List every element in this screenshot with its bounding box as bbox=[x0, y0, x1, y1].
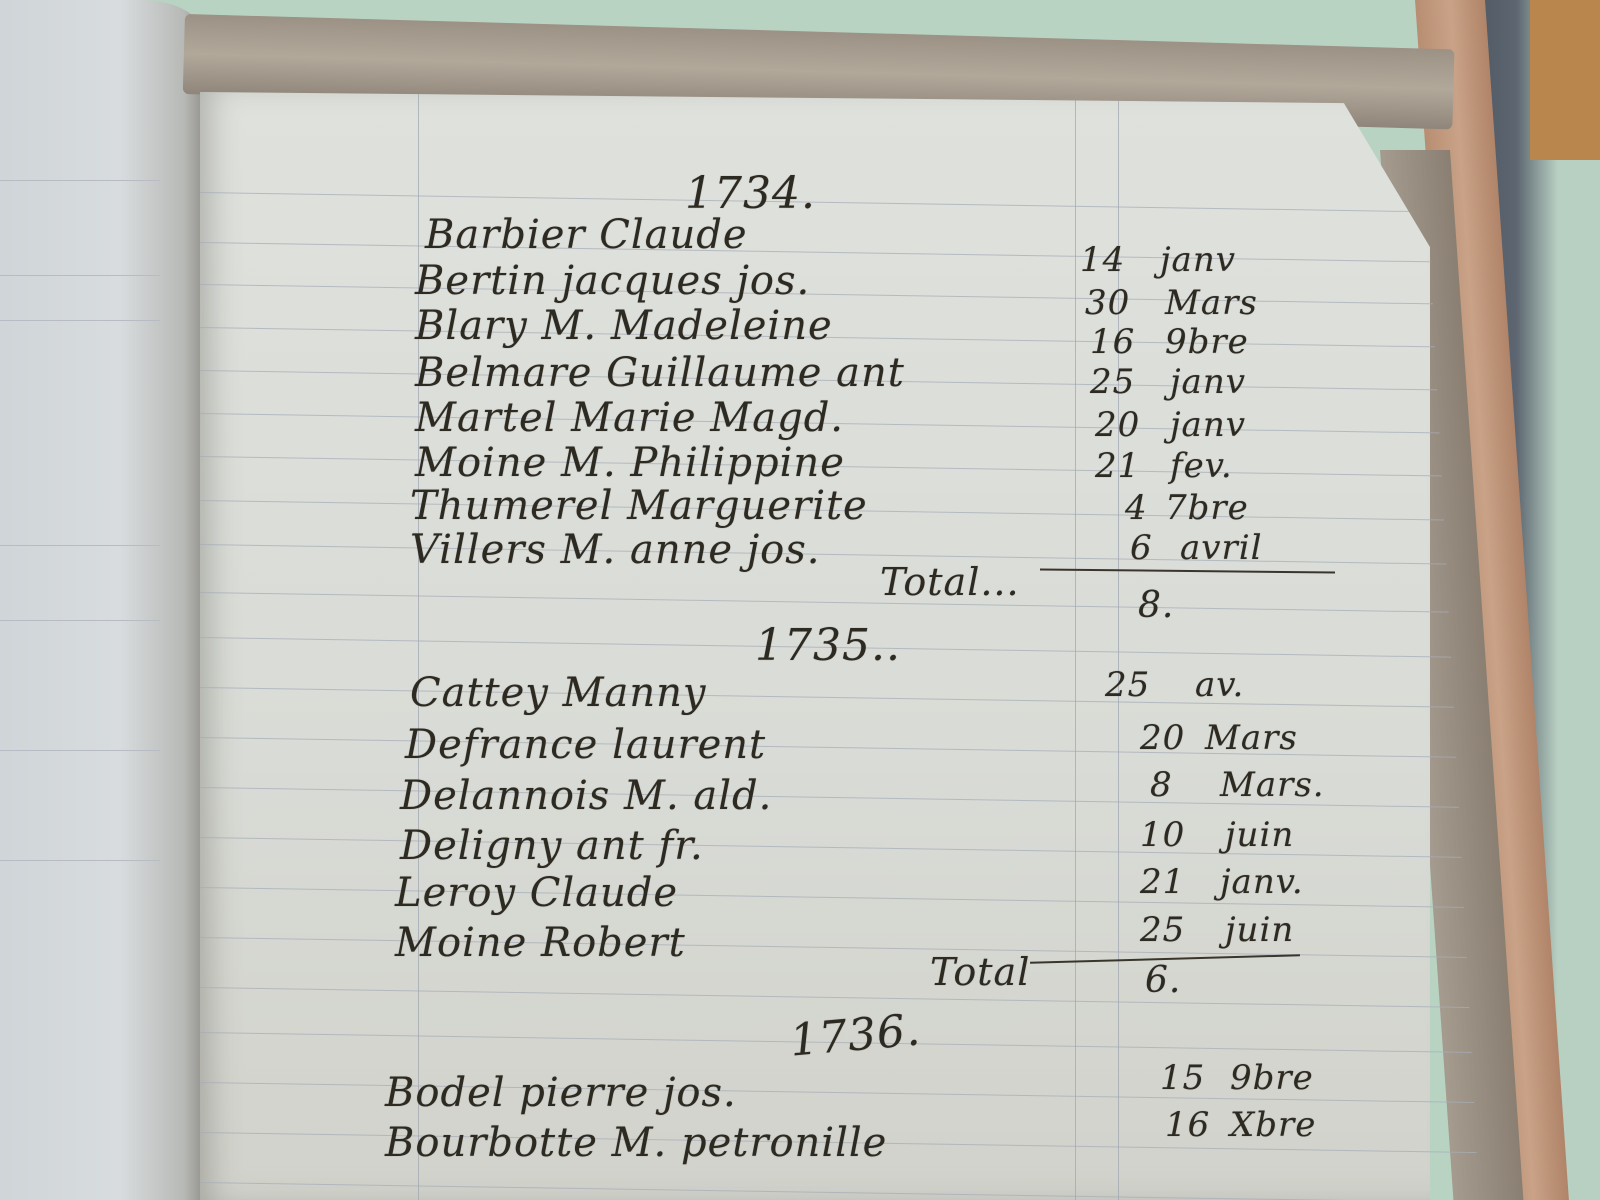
entry-month: 7bre bbox=[1165, 488, 1249, 528]
entry-name: Martel Marie Magd. bbox=[415, 395, 844, 441]
entry-day: 8 bbox=[1150, 765, 1173, 805]
entry-name: Villers M. anne jos. bbox=[410, 527, 820, 573]
entry-month: janv. bbox=[1220, 862, 1304, 902]
entry-name: Barbier Claude bbox=[425, 212, 748, 258]
entry-month: janv bbox=[1170, 405, 1246, 445]
section-year-1735: 1735.. bbox=[755, 620, 901, 671]
entry-month: 9bre bbox=[1165, 322, 1249, 362]
entry-month: juin bbox=[1225, 815, 1294, 855]
entry-month: Xbre bbox=[1230, 1105, 1316, 1145]
entry-name: Cattey Manny bbox=[410, 670, 707, 716]
total-value: 8. bbox=[1138, 585, 1174, 626]
entry-month: Mars. bbox=[1220, 765, 1325, 805]
entry-name: Belmare Guillaume ant bbox=[415, 350, 905, 396]
entry-month: 9bre bbox=[1230, 1058, 1314, 1098]
entry-month: juin bbox=[1225, 910, 1294, 950]
entry-name: Defrance laurent bbox=[405, 722, 766, 768]
entry-name: Delannois M. ald. bbox=[400, 773, 772, 819]
entry-day: 6 bbox=[1130, 528, 1153, 568]
background-wood-block bbox=[1530, 0, 1600, 160]
entry-day: 20 bbox=[1140, 718, 1185, 758]
entry-day: 20 bbox=[1095, 405, 1140, 445]
entry-day: 30 bbox=[1085, 283, 1130, 323]
entry-month: janv bbox=[1170, 362, 1246, 402]
entry-month: Mars bbox=[1205, 718, 1298, 758]
entry-day: 15 bbox=[1160, 1058, 1205, 1098]
total-value: 6. bbox=[1145, 960, 1181, 1001]
entry-name: Thumerel Marguerite bbox=[410, 483, 868, 529]
entry-name: Moine M. Philippine bbox=[415, 440, 845, 486]
entry-name: Bourbotte M. petronille bbox=[385, 1120, 887, 1166]
entry-day: 25 bbox=[1090, 362, 1135, 402]
entry-month: Mars bbox=[1165, 283, 1258, 323]
entry-day: 14 bbox=[1080, 240, 1125, 280]
entry-day: 16 bbox=[1165, 1105, 1210, 1145]
entry-day: 16 bbox=[1090, 322, 1135, 362]
entry-name: Deligny ant fr. bbox=[400, 823, 704, 869]
entry-day: 4 bbox=[1125, 488, 1148, 528]
entry-month: fev. bbox=[1170, 446, 1233, 486]
entry-name: Moine Robert bbox=[395, 920, 686, 966]
entry-name: Bodel pierre jos. bbox=[385, 1070, 737, 1116]
entry-day: 21 bbox=[1140, 862, 1185, 902]
total-label: Total... bbox=[880, 560, 1020, 604]
entry-month: av. bbox=[1195, 665, 1244, 705]
entry-name: Leroy Claude bbox=[395, 870, 678, 916]
entry-day: 21 bbox=[1095, 446, 1140, 486]
entry-day: 25 bbox=[1140, 910, 1185, 950]
entry-name: Bertin jacques jos. bbox=[415, 258, 810, 304]
entry-day: 25 bbox=[1105, 665, 1150, 705]
total-label: Total bbox=[930, 950, 1030, 994]
entry-day: 10 bbox=[1140, 815, 1185, 855]
left-page bbox=[0, 0, 200, 1200]
entry-name: Blary M. Madeleine bbox=[415, 303, 833, 349]
entry-month: avril bbox=[1180, 528, 1262, 568]
entry-month: janv bbox=[1160, 240, 1236, 280]
